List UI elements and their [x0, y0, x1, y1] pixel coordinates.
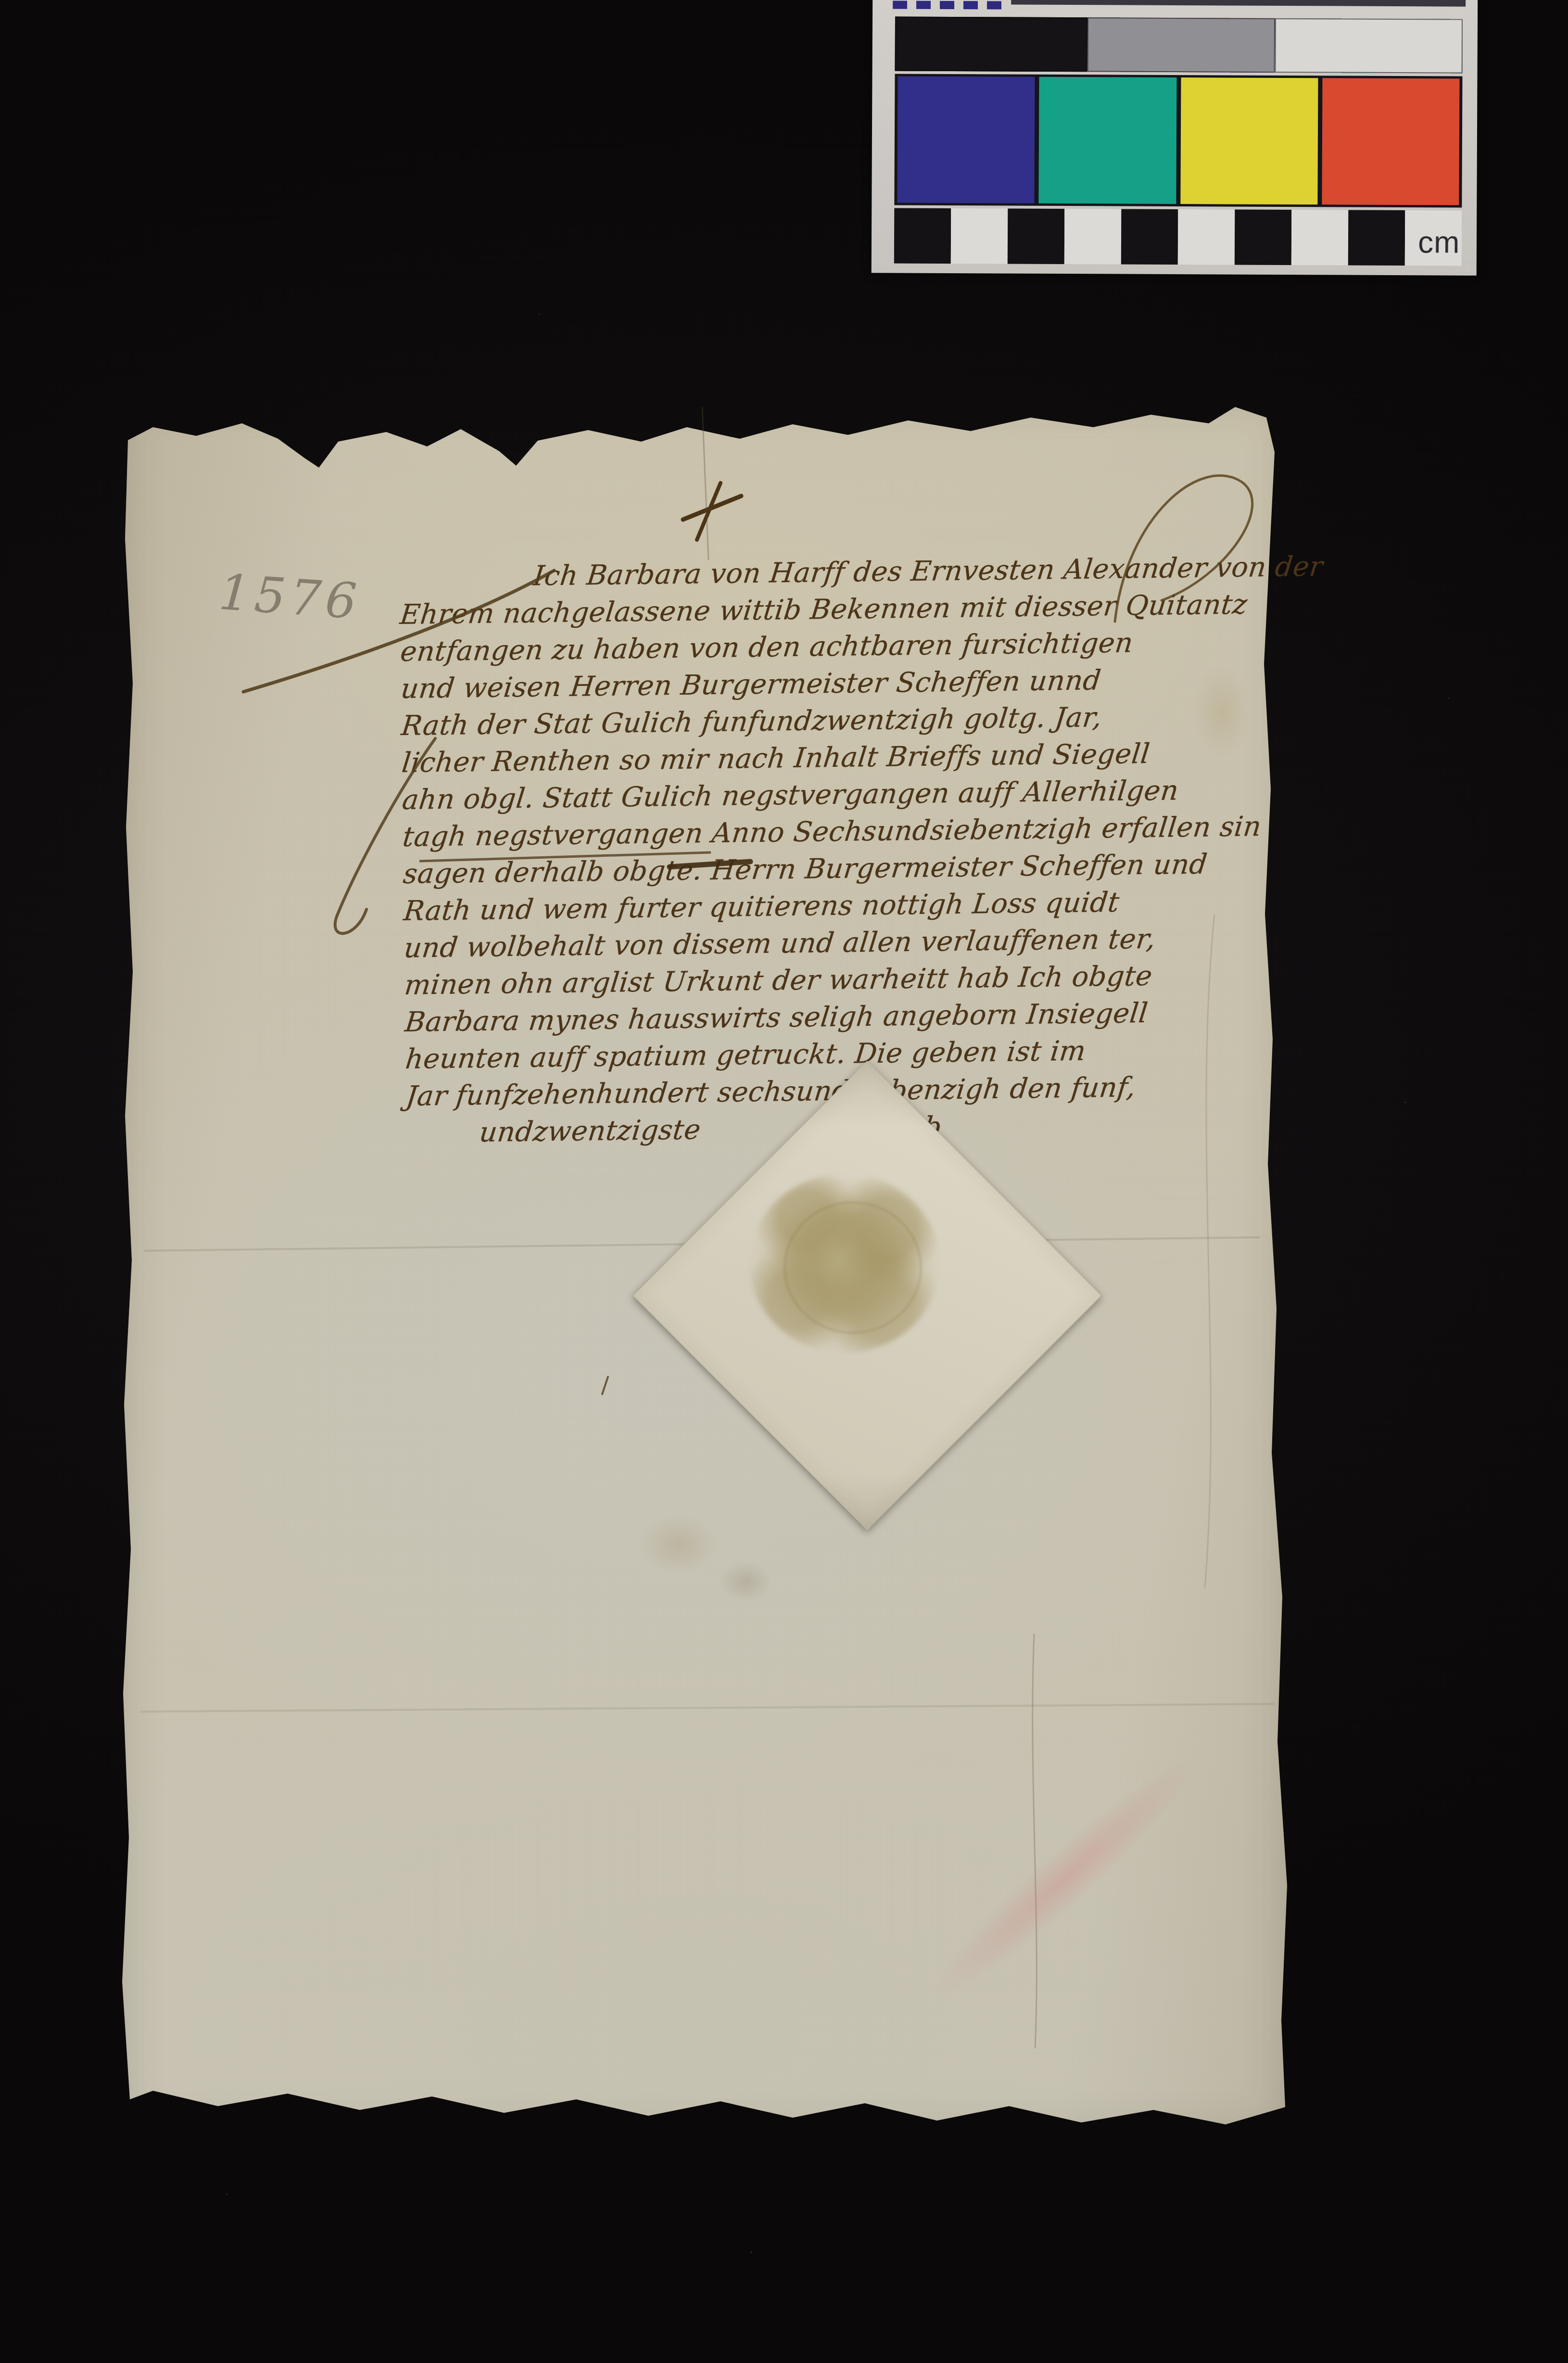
color-calibration-card: cm [872, 0, 1478, 276]
patch-grey [1087, 17, 1275, 73]
card-blue-dash-scale [893, 0, 1006, 9]
photograph-of-1576-document: cm 1576 Ich Barbara von Harff des Ernves… [0, 0, 1568, 2363]
patch-black [895, 16, 1087, 72]
patch-yellow [1180, 77, 1318, 204]
card-top-bar [1011, 0, 1466, 7]
ruler-cell-white [1064, 209, 1122, 265]
patch-red [1322, 78, 1459, 205]
cm-unit-label: cm [1418, 224, 1460, 260]
ruler-cell-white [951, 208, 1008, 264]
ruler-cell-white [1178, 209, 1235, 265]
dust-speck [1404, 1102, 1406, 1103]
ruler-cell-black [1008, 208, 1065, 264]
color-patch-row [894, 74, 1462, 207]
manuscript-text-block: Ich Barbara von Harff des Ernvesten Alex… [400, 549, 1268, 1152]
dust-speck [750, 2251, 752, 2253]
patch-green [1039, 77, 1176, 204]
dust-speck [226, 2194, 228, 2195]
dust-speck [1448, 698, 1449, 699]
archival-pencil-year: 1576 [217, 564, 363, 631]
paper-stain [719, 1561, 772, 1602]
ruler-cell-black [1121, 209, 1178, 265]
cm-ruler-row [894, 208, 1462, 266]
dust-speck [539, 314, 540, 315]
patch-white [1275, 18, 1463, 74]
paper-stain [1193, 664, 1251, 760]
patch-blue [897, 76, 1035, 203]
ruler-cell-black [894, 208, 951, 264]
paper-stain [640, 1515, 717, 1573]
ruler-cell-black [1348, 210, 1405, 266]
ruler-cell-white [1291, 210, 1349, 266]
seal-impression-ring [784, 1202, 922, 1334]
ruler-cell-black [1235, 210, 1292, 266]
grayscale-row [895, 16, 1463, 73]
